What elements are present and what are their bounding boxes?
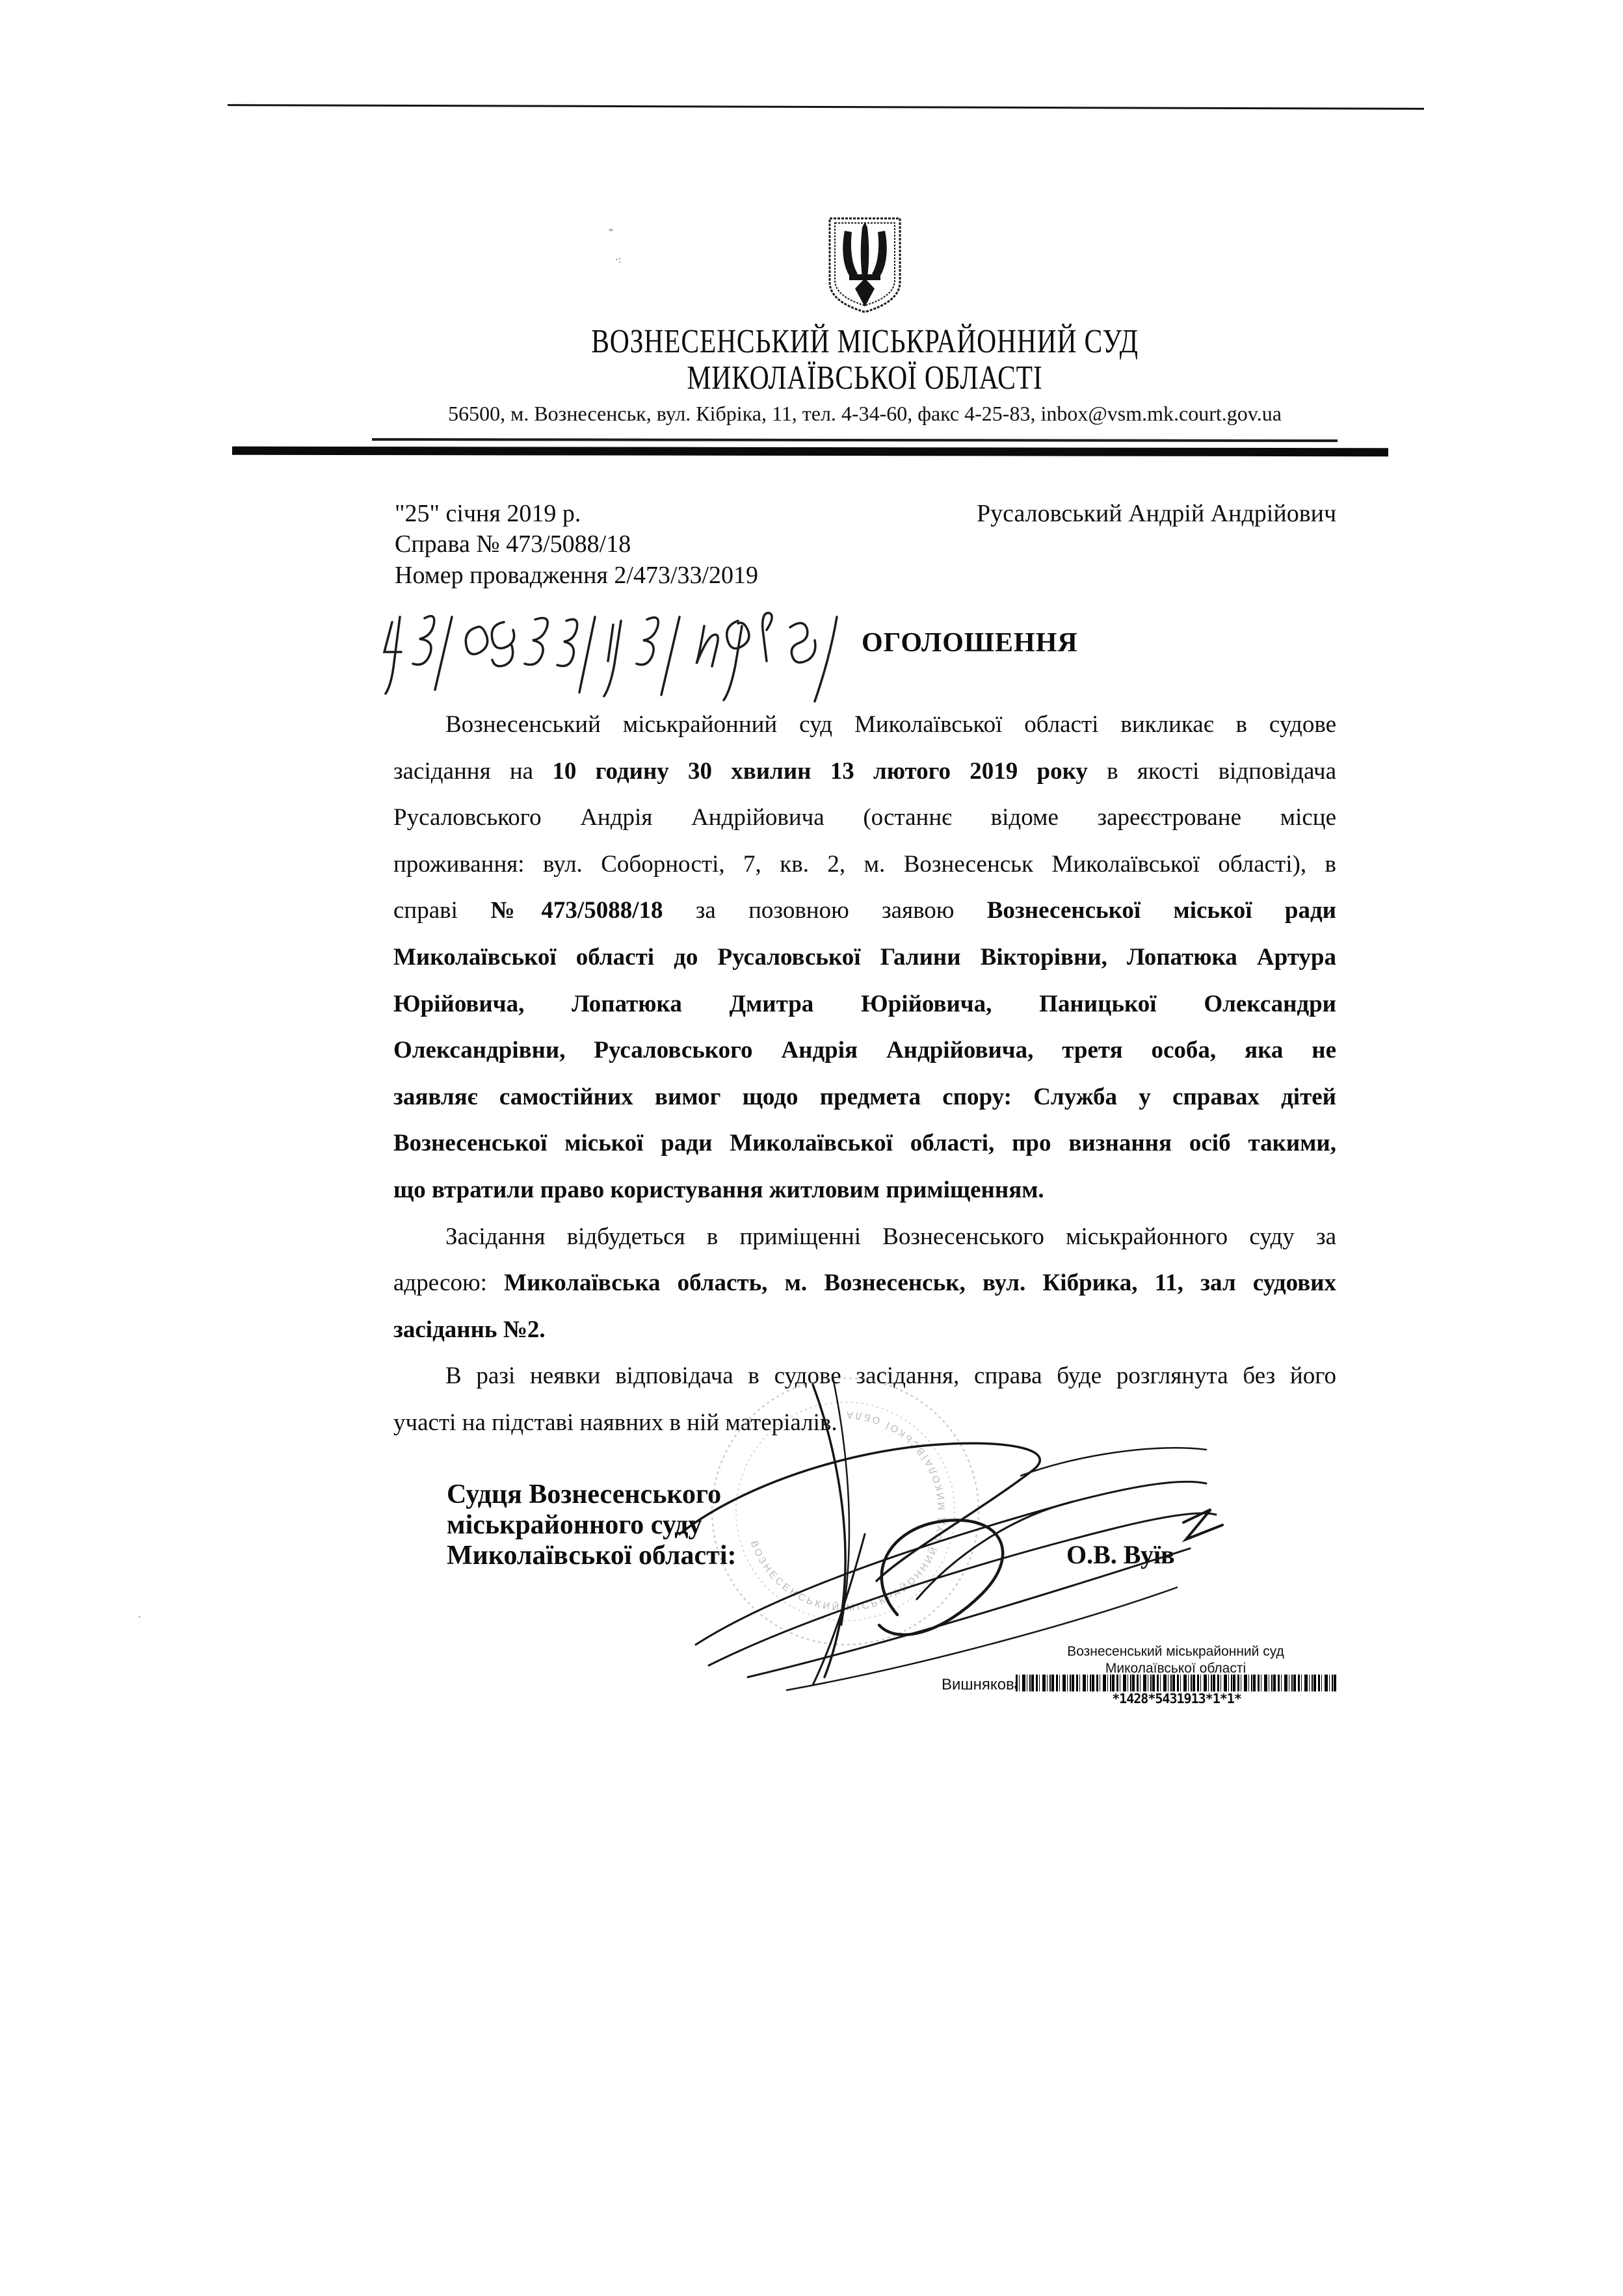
body-line: Вознесенський міськрайонний суд Миколаїв… (393, 701, 1336, 748)
scan-speck: ” (607, 227, 614, 239)
body-line: засідання на 10 годину 30 хвилин 13 люто… (393, 748, 1336, 795)
document-title: ОГОЛОШЕННЯ (862, 627, 1078, 659)
barcode (1016, 1675, 1338, 1691)
clerk-name: Вишнякова (942, 1676, 1012, 1694)
coat-of-arms-emblem (825, 215, 905, 316)
scan-speck: ·: (615, 255, 621, 266)
court-address-line: 56500, м. Вознесенськ, вул. Кібріка, 11,… (364, 402, 1366, 426)
body-line: Юрійовича, Лопатюка Дмитра Юрійовича, Па… (393, 981, 1336, 1028)
court-name-line2: МИКОЛАЇВСЬКОЇ ОБЛАСТІ (475, 360, 1255, 397)
court-name-line1: ВОЗНЕСЕНСЬКИЙ МІСЬКРАЙОННИЙ СУД (475, 324, 1255, 360)
body-line: заявляє самостійних вимог щодо предмета … (393, 1074, 1336, 1121)
top-scan-line (228, 104, 1424, 110)
round-stamp: ВОЗНЕСЕНСЬКИЙ МІСЬКРАЙОННИЙ СУД МИКОЛАЇВ… (618, 1339, 979, 1645)
stamp-court-line1: Вознесенський міськрайонний суд (1013, 1643, 1338, 1660)
announcement-body: Вознесенський міськрайонний суд Миколаїв… (393, 701, 1336, 1446)
handwritten-note (374, 588, 868, 705)
body-line: Засідання відбудеться в приміщенні Возне… (393, 1214, 1336, 1260)
barcode-text: *1428*5431913*1*1* (1016, 1691, 1338, 1706)
body-line: що втратили право користування житловим … (393, 1167, 1336, 1214)
proceeding-number: Номер провадження 2/473/33/2019 (395, 561, 758, 590)
body-line: Вознесенської міської ради Миколаївської… (393, 1120, 1336, 1167)
case-number: Справа № 473/5088/18 (395, 530, 631, 558)
addressee-name: Русаловський Андрій Андрійович (977, 499, 1336, 528)
body-line: Миколаївської області до Русаловської Га… (393, 934, 1336, 981)
header-rule-thick (232, 447, 1388, 456)
body-line: проживання: вул. Соборності, 7, кв. 2, м… (393, 841, 1336, 888)
svg-text:ВОЗНЕСЕНСЬКИЙ МІСЬКРАЙОННИЙ СУ: ВОЗНЕСЕНСЬКИЙ МІСЬКРАЙОННИЙ СУД МИКОЛАЇВ… (618, 1339, 947, 1613)
body-line: справі №473/5088/18 за позовною заявою В… (393, 887, 1336, 934)
document-date: "25" січня 2019 р. (395, 499, 581, 528)
header-rule-thin (372, 438, 1338, 442)
body-line: адресою: Миколаївська область, м. Вознес… (393, 1260, 1336, 1307)
body-line: Русаловського Андрія Андрійовича (останн… (393, 794, 1336, 841)
scan-speck: · (138, 1612, 141, 1623)
scanned-court-document-page: ” ·: · ВОЗНЕСЕНСЬКИЙ МІСЬКРАЙОННИЙ СУД М… (0, 0, 1623, 2296)
header-court-name: ВОЗНЕСЕНСЬКИЙ МІСЬКРАЙОННИЙ СУД МИКОЛАЇВ… (377, 324, 1352, 397)
body-line: Олександрівни, Русаловського Андрія Андр… (393, 1027, 1336, 1074)
